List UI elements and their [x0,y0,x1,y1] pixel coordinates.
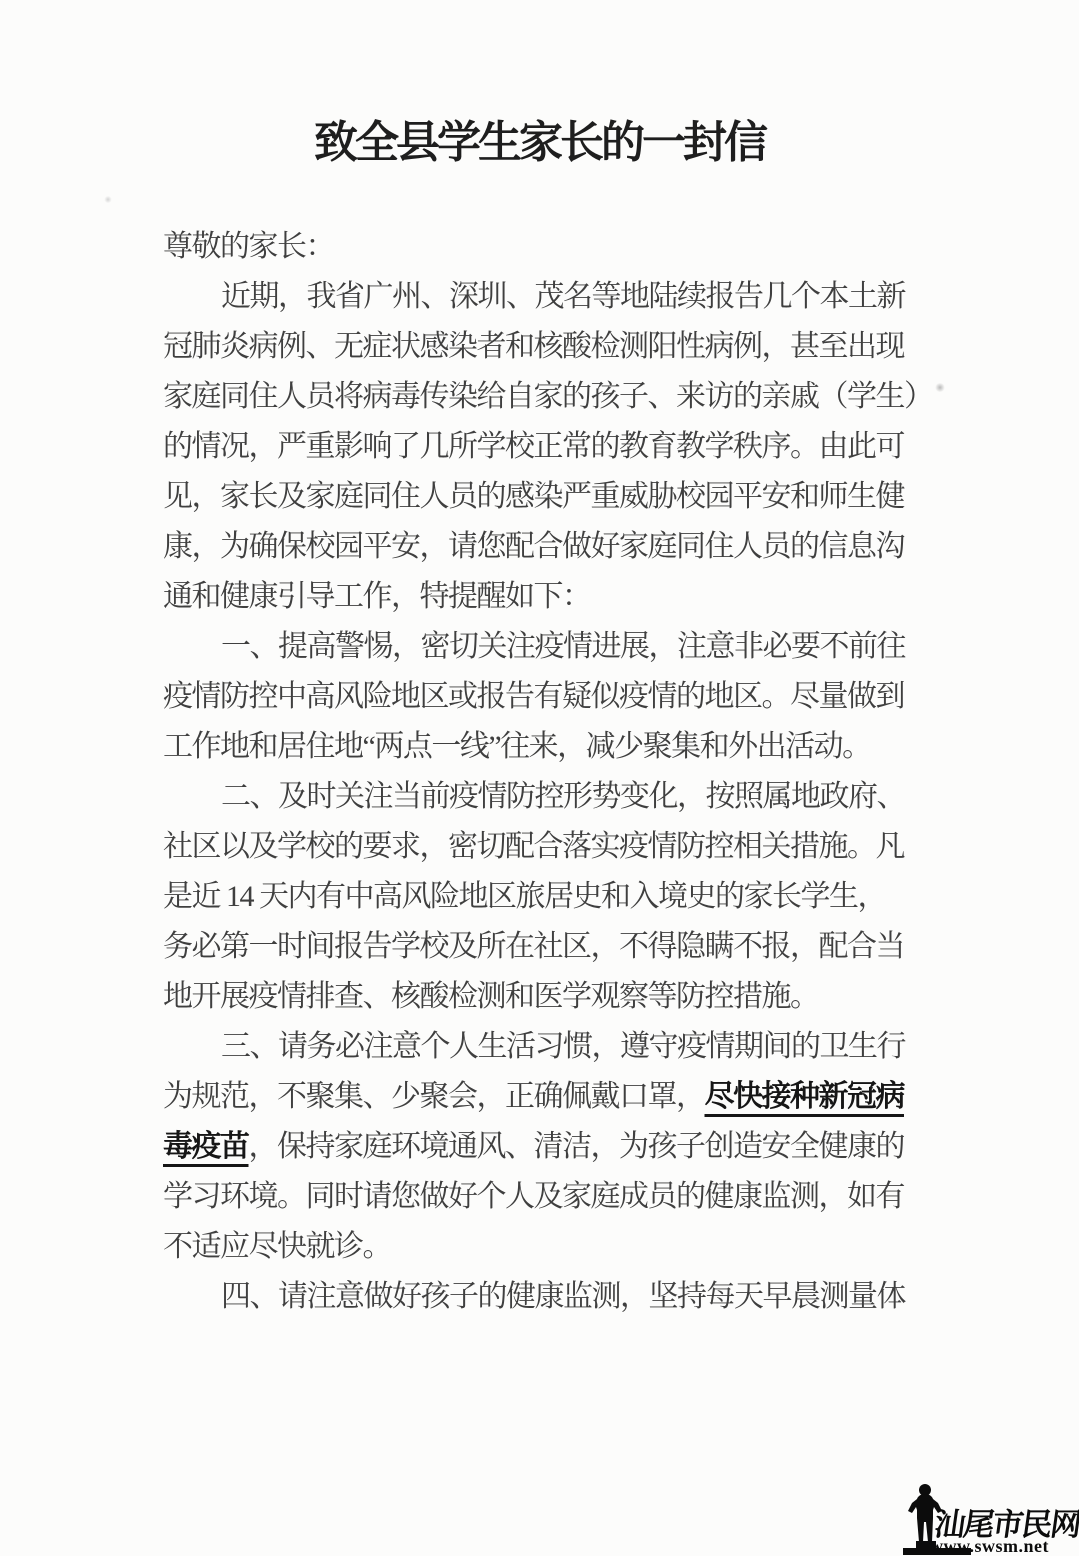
text-line: 疫情防控中高风险地区或报告有疑似疫情的地区。尽量做到 [163,672,963,722]
scan-artifact-speck [935,383,945,392]
text-segment: 二、及时关注当前疫情防控形势变化，按照属地政府、 [221,780,905,813]
paragraph: 二、及时关注当前疫情防控形势变化，按照属地政府、社区以及学校的要求，密切配合落实… [163,772,963,1022]
watermark-site-url: www.swsm.net [930,1536,1049,1556]
text-segment: 康，为确保校园平安，请您配合做好家庭同住人员的信息沟 [163,530,904,563]
text-segment: 学习环境。同时请您做好个人及家庭成员的健康监测，如有 [163,1180,904,1213]
text-line: 工作地和居住地“两点一线”往来，减少聚集和外出活动。 [163,722,963,772]
text-segment: 为规范，不聚集、少聚会，正确佩戴口罩， [163,1080,705,1113]
text-line: 康，为确保校园平安，请您配合做好家庭同住人员的信息沟 [163,522,963,572]
text-segment: 四、请注意做好孩子的健康监测，坚持每天早晨测量体 [221,1280,905,1313]
text-line: 的情况，严重影响了几所学校正常的教育教学秩序。由此可 [163,422,963,472]
document-title: 致全县学生家长的一封信 [0,106,1079,170]
emphasized-text: 毒疫苗 [163,1130,249,1163]
text-segment: 不适应尽快就诊。 [163,1230,391,1263]
text-segment: 冠肺炎病例、无症状感染者和核酸检测阳性病例，甚至出现 [163,330,904,363]
text-line: 社区以及学校的要求，密切配合落实疫情防控相关措施。凡 [163,822,963,872]
text-line: 冠肺炎病例、无症状感染者和核酸检测阳性病例，甚至出现 [163,322,963,372]
text-line: 学习环境。同时请您做好个人及家庭成员的健康监测，如有 [163,1172,963,1222]
text-segment: 见，家长及家庭同住人员的感染严重威胁校园平安和师生健 [163,480,904,513]
text-line: 地开展疫情排查、核酸检测和医学观察等防控措施。 [163,972,963,1022]
text-segment: 务必第一时间报告学校及所在社区，不得隐瞒不报，配合当 [163,930,904,963]
text-line: 是近 14 天内有中高风险地区旅居史和入境史的家长学生， [163,872,963,922]
text-segment: 家庭同住人员将病毒传染给自家的孩子、来访的亲戚（学生） [163,380,933,413]
text-line: 四、请注意做好孩子的健康监测，坚持每天早晨测量体 [163,1272,963,1322]
paragraph: 三、请务必注意个人生活习惯，遵守疫情期间的卫生行为规范，不聚集、少聚会，正确佩戴… [163,1022,963,1272]
text-segment: 是近 14 天内有中高风险地区旅居史和入境史的家长学生， [163,880,886,913]
text-segment: 通和健康引导工作，特提醒如下： [163,580,591,613]
text-line: 毒疫苗，保持家庭环境通风、清洁，为孩子创造安全健康的 [163,1122,963,1172]
letter-body: 尊敬的家长： 近期，我省广州、深圳、茂名等地陆续报告几个本土新冠肺炎病例、无症状… [163,222,963,1322]
text-segment: 近期，我省广州、深圳、茂名等地陆续报告几个本土新 [221,280,905,313]
text-segment: 三、请务必注意个人生活习惯，遵守疫情期间的卫生行 [221,1030,905,1063]
text-line: 近期，我省广州、深圳、茂名等地陆续报告几个本土新 [163,272,963,322]
text-line: 见，家长及家庭同住人员的感染严重威胁校园平安和师生健 [163,472,963,522]
paragraph: 近期，我省广州、深圳、茂名等地陆续报告几个本土新冠肺炎病例、无症状感染者和核酸检… [163,272,963,622]
text-segment: 的情况，严重影响了几所学校正常的教育教学秩序。由此可 [163,430,904,463]
site-watermark: 汕尾市民网 www.swsm.net [891,1477,1077,1555]
text-segment: 地开展疫情排查、核酸检测和医学观察等防控措施。 [163,980,819,1013]
paragraph: 一、提高警惕，密切关注疫情进展，注意非必要不前往疫情防控中高风险地区或报告有疑似… [163,622,963,772]
scan-artifact-speck [104,196,112,203]
text-line: 三、请务必注意个人生活习惯，遵守疫情期间的卫生行 [163,1022,963,1072]
text-segment: 工作地和居住地“两点一线”往来，减少聚集和外出活动。 [163,730,871,763]
text-segment: 一、提高警惕，密切关注疫情进展，注意非必要不前往 [221,630,905,663]
text-segment: ，保持家庭环境通风、清洁，为孩子创造安全健康的 [249,1130,905,1163]
salutation: 尊敬的家长： [163,222,963,272]
emphasized-text: 尽快接种新冠病 [705,1080,905,1113]
paragraph: 四、请注意做好孩子的健康监测，坚持每天早晨测量体 [163,1272,963,1322]
text-line: 务必第一时间报告学校及所在社区，不得隐瞒不报，配合当 [163,922,963,972]
text-line: 不适应尽快就诊。 [163,1222,963,1272]
text-line: 二、及时关注当前疫情防控形势变化，按照属地政府、 [163,772,963,822]
text-line: 家庭同住人员将病毒传染给自家的孩子、来访的亲戚（学生） [163,372,963,422]
text-segment: 疫情防控中高风险地区或报告有疑似疫情的地区。尽量做到 [163,680,904,713]
text-segment: 社区以及学校的要求，密切配合落实疫情防控相关措施。凡 [163,830,904,863]
text-line: 通和健康引导工作，特提醒如下： [163,572,963,622]
scanned-letter-page: 致全县学生家长的一封信 尊敬的家长： 近期，我省广州、深圳、茂名等地陆续报告几个… [0,0,1079,1556]
text-line: 为规范，不聚集、少聚会，正确佩戴口罩，尽快接种新冠病 [163,1072,963,1122]
text-line: 一、提高警惕，密切关注疫情进展，注意非必要不前往 [163,622,963,672]
